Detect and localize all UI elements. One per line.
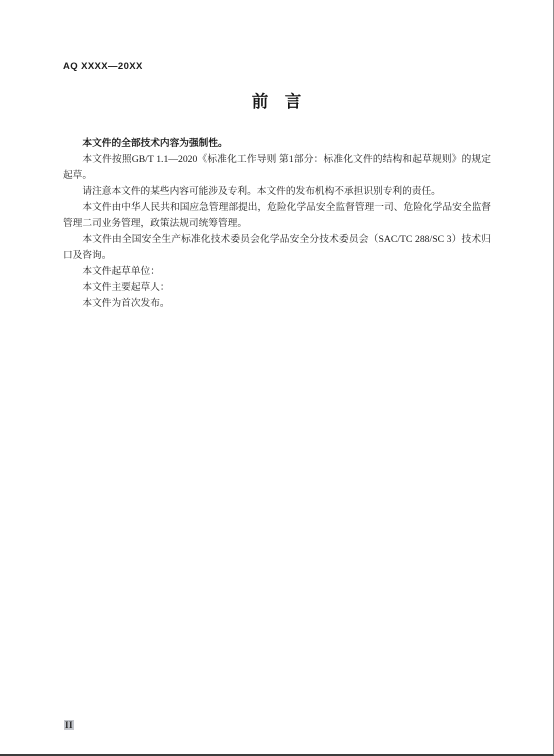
paragraph: 本文件由全国安全生产标准化技术委员会化学品安全分技术委员会（SAC/TC 288…: [63, 232, 491, 264]
page-title: 前 言: [0, 88, 553, 112]
document-page: AQ XXXX—20XX 前 言 本文件的全部技术内容为强制性。 本文件按照GB…: [0, 0, 554, 756]
paragraph: 本文件由中华人民共和国应急管理部提出，危险化学品安全监督管理一司、危险化学品安全…: [63, 200, 491, 232]
paragraph: 本文件的全部技术内容为强制性。: [63, 136, 491, 152]
page-number: II: [64, 720, 74, 730]
standard-number-header: AQ XXXX—20XX: [63, 61, 143, 72]
paragraph: 请注意本文件的某些内容可能涉及专利。本文件的发布机构不承担识别专利的责任。: [63, 184, 491, 200]
paragraph: 本文件按照GB/T 1.1—2020《标准化工作导则 第1部分：标准化文件的结构…: [63, 152, 491, 184]
paragraph: 本文件起草单位：: [63, 264, 491, 280]
paragraph: 本文件为首次发布。: [63, 296, 491, 312]
paragraph: 本文件主要起草人：: [63, 280, 491, 296]
foreword-body: 本文件的全部技术内容为强制性。 本文件按照GB/T 1.1—2020《标准化工作…: [63, 136, 491, 312]
page-footer: II: [64, 719, 74, 732]
